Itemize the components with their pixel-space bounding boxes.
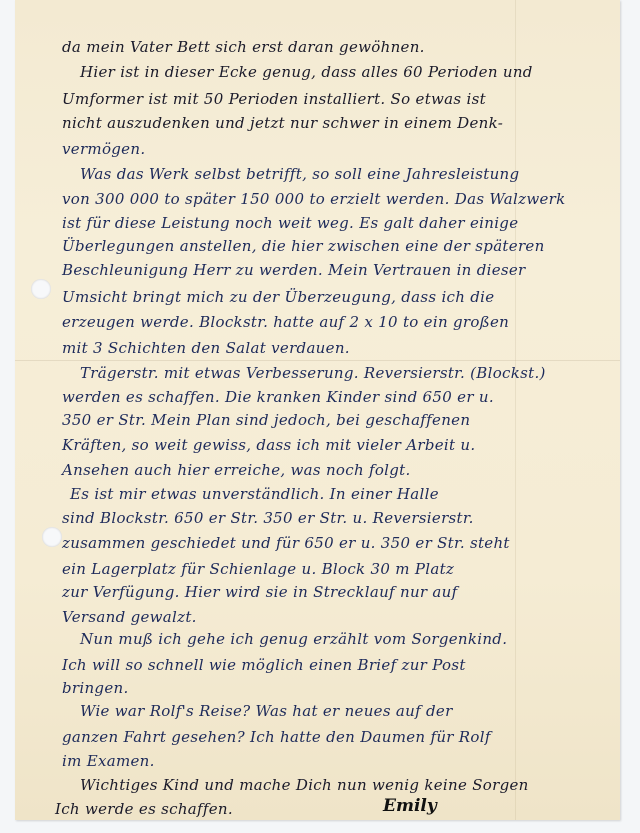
letter-line: bringen. [62,679,129,697]
letter-line: Ansehen auch hier erreiche, was noch fol… [62,461,411,479]
letter-line: da mein Vater Bett sich erst daran gewöh… [62,38,425,56]
letter-line: zusammen geschiedet und für 650 er u. 35… [62,534,510,552]
letter-page: da mein Vater Bett sich erst daran gewöh… [15,0,620,820]
letter-line: werden es schaffen. Die kranken Kinder s… [62,388,494,406]
letter-line: mit 3 Schichten den Salat verdauen. [62,339,350,357]
punch-hole [31,279,51,299]
letter-line: 350 er Str. Mein Plan sind jedoch, bei g… [62,411,470,429]
letter-line: Was das Werk selbst betrifft, so soll ei… [80,165,519,183]
letter-line: Ich werde es schaffen. [55,800,233,818]
letter-line: nicht auszudenken und jetzt nur schwer i… [62,114,503,132]
letter-line: Versand gewalzt. [62,608,197,626]
letter-line: zur Verfügung. Hier wird sie in Streckla… [62,583,458,601]
letter-line: erzeugen werde. Blockstr. hatte auf 2 x … [62,313,509,331]
paper-fold [515,0,516,820]
letter-line: Wichtiges Kind und mache Dich nun wenig … [80,776,529,794]
paper-fold [15,360,620,361]
letter-line: Überlegungen anstellen, die hier zwische… [62,237,545,255]
letter-line: von 300 000 to später 150 000 to erzielt… [62,190,566,208]
letter-line: Ich will so schnell wie möglich einen Br… [62,656,466,674]
letter-line: Trägerstr. mit etwas Verbesserung. Rever… [80,364,546,382]
punch-hole [42,527,62,547]
letter-line: ist für diese Leistung noch weit weg. Es… [62,214,518,232]
signature: Emily [383,796,437,816]
letter-line: Nun muß ich gehe ich genug erzählt vom S… [80,630,507,648]
letter-line: ein Lagerplatz für Schienlage u. Block 3… [62,560,454,578]
letter-line: Umformer ist mit 50 Perioden installiert… [62,90,486,108]
letter-line: vermögen. [62,140,145,158]
letter-line: sind Blockstr. 650 er Str. 350 er Str. u… [62,509,474,527]
letter-line: ganzen Fahrt gesehen? Ich hatte den Daum… [62,728,491,746]
letter-line: Hier ist in dieser Ecke genug, dass alle… [80,63,533,81]
letter-line: Wie war Rolf's Reise? Was hat er neues a… [80,702,453,720]
letter-line: Umsicht bringt mich zu der Überzeugung, … [62,288,494,306]
letter-line: Kräften, so weit gewiss, dass ich mit vi… [62,436,475,454]
letter-line: Beschleunigung Herr zu werden. Mein Vert… [62,261,526,279]
letter-line: im Examen. [62,752,155,770]
letter-line: Es ist mir etwas unverständlich. In eine… [70,485,439,503]
